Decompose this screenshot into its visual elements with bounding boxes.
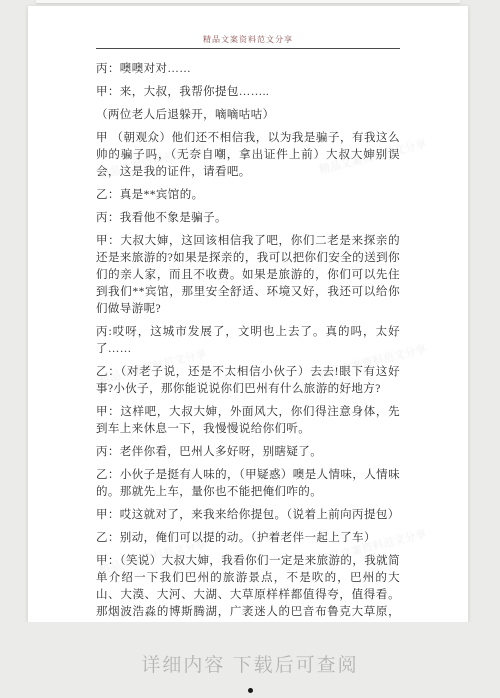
dialogue-line: 丙：我看他不象是骗子。	[96, 210, 400, 227]
document-body: 丙：噢噢对对…… 甲：来，大叔，我帮你提包…….. （两位老人后退躲开，嘀嘀咕咕…	[96, 49, 400, 622]
dialogue-line: 甲 （朝观众）他们还不相信我，以为我是骗子，有我这么帅的骗子吗，（无奈自嘲，拿出…	[96, 130, 400, 181]
previous-page-edge	[36, 0, 460, 3]
download-hint-text: 详细内容 下载后可查阅	[0, 650, 500, 677]
page-indicator-dot[interactable]	[248, 688, 253, 693]
dialogue-line: 甲：来，大叔，我帮你提包……..	[96, 84, 400, 101]
dialogue-line: 甲：这样吧，大叔大婶，外面风大，你们得注意身体，先到车上来休息一下，我慢慢说给你…	[96, 404, 400, 438]
dialogue-line: 丙：老伴你看，巴州人多好呀，别瞎疑了。	[96, 444, 400, 461]
dialogue-line: 甲：哎这就对了，来我来给你提包。（说着上前向丙提包）	[96, 507, 400, 524]
document-preview: 精品文案资料范文分享 丙：噢噢对对…… 甲：来，大叔，我帮你提包…….. （两位…	[0, 0, 500, 698]
dialogue-line: 丙：噢噢对对……	[96, 61, 400, 78]
document-header: 精品文案资料范文分享	[96, 34, 400, 49]
dialogue-line: 甲：（笑说）大叔大婶，我看你们一定是来旅游的，我就简单介绍一下我们巴州的旅游景点…	[96, 553, 400, 622]
dialogue-line: 乙：真是**宾馆的。	[96, 187, 400, 204]
dialogue-line: 甲：大叔大婶，这回该相信我了吧，你们二老是来探亲的还是来旅游的?如果是探亲的，我…	[96, 233, 400, 318]
dialogue-line: 乙：（对老子说，还是不太相信小伙子）去去!眼下有这好事?小伙子，那你能说说你们巴…	[96, 364, 400, 398]
dialogue-line: 乙：别动，俺们可以提的动。（护着老伴一起上了车）	[96, 530, 400, 547]
document-page: 精品文案资料范文分享 丙：噢噢对对…… 甲：来，大叔，我帮你提包…….. （两位…	[28, 6, 468, 622]
preview-footer: 详细内容 下载后可查阅	[0, 622, 500, 698]
dialogue-line: 乙：小伙子是挺有人味的，（甲疑惑）噢是人情味，人情味的。那就先上车，量你也不能把…	[96, 467, 400, 501]
stage-direction: （两位老人后退躲开，嘀嘀咕咕）	[96, 107, 400, 124]
dialogue-line: 丙:哎呀，这城市发展了，文明也上去了。真的吗，太好了……	[96, 324, 400, 358]
